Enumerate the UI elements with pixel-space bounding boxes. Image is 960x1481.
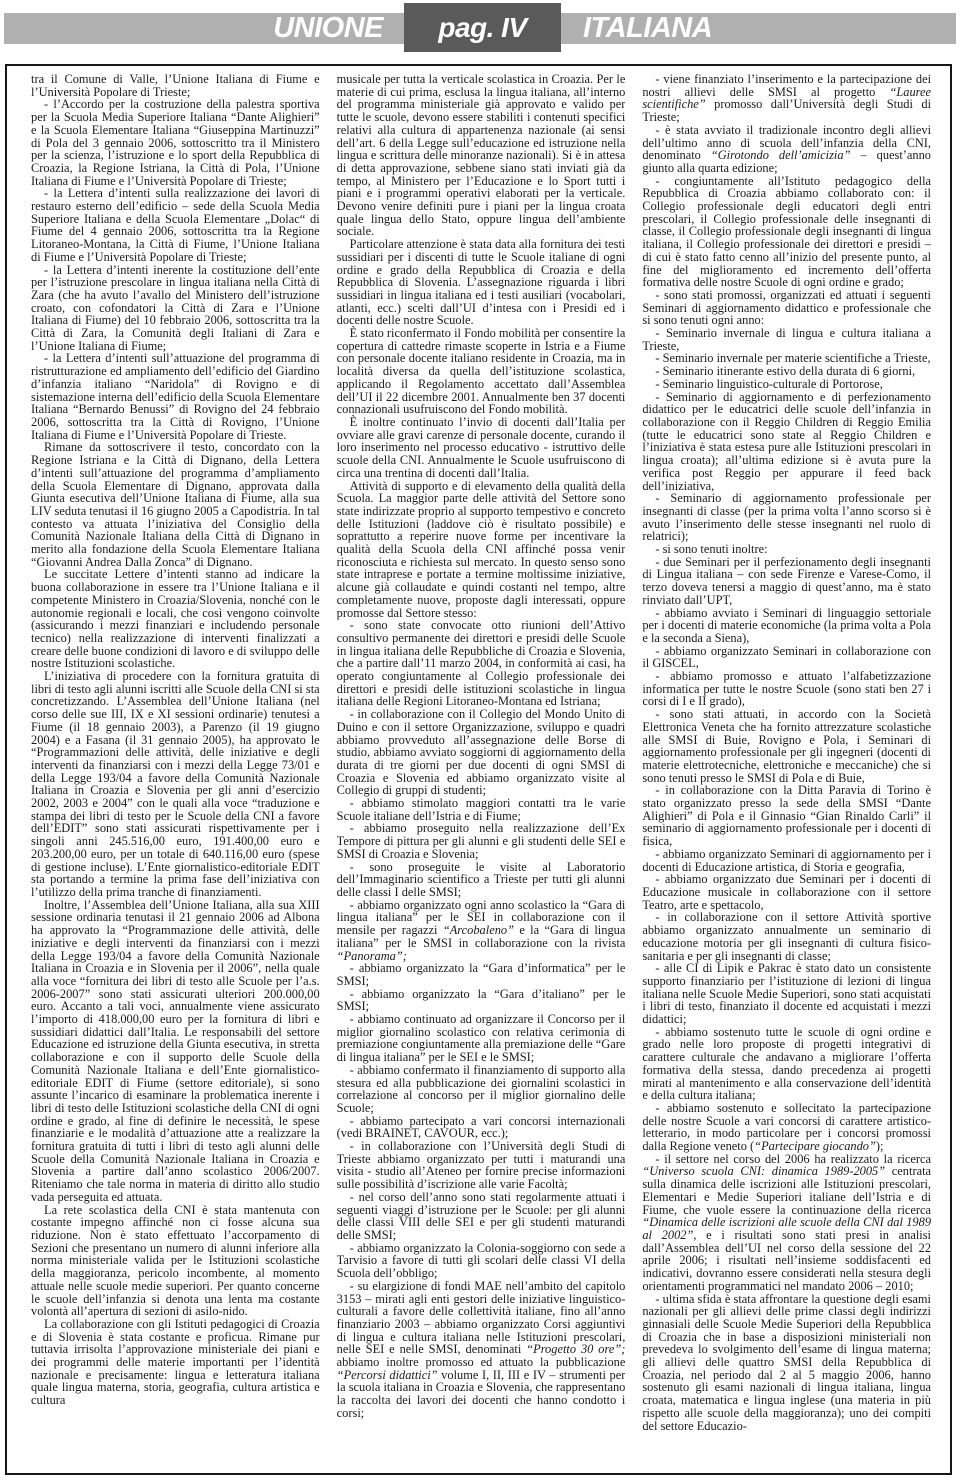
paragraph: - Seminario di aggiornamento e di perfez… [642, 391, 931, 493]
paragraph: - abbiamo organizzato la “Gara d’italian… [337, 988, 626, 1013]
paragraph: tra il Comune di Valle, l’Unione Italian… [31, 73, 320, 98]
paragraph: - il settore nel corso del 2006 ha reali… [642, 1153, 931, 1293]
paragraph: - in collaborazione con l’Università deg… [337, 1140, 626, 1191]
columns-container: tra il Comune di Valle, l’Unione Italian… [31, 73, 931, 1467]
paragraph: - abbiamo organizzato due Seminari per i… [642, 873, 931, 911]
paragraph: È inoltre continuato l’invio di docenti … [337, 416, 626, 480]
masthead-title-left: UNIONE [273, 11, 383, 45]
paragraph: - su elargizione di fondi MAE nell’ambit… [337, 1280, 626, 1420]
paragraph: - abbiamo sostenuto tutte le scuole di o… [642, 1026, 931, 1102]
paragraph: - abbiamo proseguito nella realizzazione… [337, 822, 626, 860]
paragraph: - sono stati promossi, organizzati ed at… [642, 289, 931, 327]
paragraph: Le succitate Lettere d’intenti stanno ad… [31, 568, 320, 670]
paragraph: - abbiamo organizzato la “Gara d’informa… [337, 962, 626, 987]
paragraph: - abbiamo confermato il finanziamento di… [337, 1064, 626, 1115]
paragraph: - abbiamo stimolato maggiori contatti tr… [337, 797, 626, 822]
paragraph: - la Lettera d’intenti sull’attuazione d… [31, 352, 320, 441]
paragraph: - abbiamo sostenuto e sollecitato la par… [642, 1102, 931, 1153]
paragraph: - abbiamo avviato i Seminari di linguagg… [642, 607, 931, 645]
paragraph: Inoltre, l’Assemblea dell’Unione Italian… [31, 899, 320, 1204]
paragraph: Attività di supporto e di elevamento del… [337, 480, 626, 620]
paragraph: - abbiamo organizzato ogni anno scolasti… [337, 899, 626, 963]
paragraph: Particolare attenzione è stata data alla… [337, 238, 626, 327]
paragraph: - sono proseguite le visite al Laborator… [337, 861, 626, 899]
column-3: - viene finanziato l’inserimento e la pa… [642, 73, 931, 1467]
paragraph: musicale per tutta la verticale scolasti… [337, 73, 626, 238]
masthead-title-right: ITALIANA [583, 11, 712, 45]
paragraph: - è stata avviato il tradizionale incont… [642, 124, 931, 175]
paragraph: - sono state convocate otto riunioni del… [337, 619, 626, 708]
paragraph: - la Lettera d’intenti inerente la costi… [31, 264, 320, 353]
paragraph: - sono stati attuati, in accordo con la … [642, 708, 931, 784]
paragraph: - nel corso dell’anno sono stati regolar… [337, 1191, 626, 1242]
paragraph: - abbiamo organizzato Seminari in collab… [642, 645, 931, 670]
paragraph: - in collaborazione con il Collegio del … [337, 708, 626, 797]
paragraph: - viene finanziato l’inserimento e la pa… [642, 73, 931, 124]
paragraph: - la Lettera d’intenti sulla realizzazio… [31, 187, 320, 263]
paragraph: - ultima sfida è stata affrontare la que… [642, 1293, 931, 1433]
paragraph: La collaborazione con gli Istituti pedag… [31, 1318, 320, 1407]
page-number-box: pag. IV [404, 3, 561, 52]
paragraph: - due Seminari per il perfezionamento de… [642, 556, 931, 607]
paragraph: La rete scolastica della CNI è stata man… [31, 1204, 320, 1318]
paragraph: - congiuntamente all’Istituto pedagogico… [642, 175, 931, 289]
paragraph: - abbiamo partecipato a vari concorsi in… [337, 1115, 626, 1140]
paragraph: È stato riconfermato il Fondo mobilità p… [337, 327, 626, 416]
article-frame: tra il Comune di Valle, l’Unione Italian… [5, 64, 952, 1475]
column-1: tra il Comune di Valle, l’Unione Italian… [31, 73, 320, 1467]
column-2: musicale per tutta la verticale scolasti… [337, 73, 626, 1467]
paragraph: - abbiamo organizzato Seminari di aggior… [642, 848, 931, 873]
paragraph: - abbiamo continuato ad organizzare il C… [337, 1013, 626, 1064]
paragraph: - alle CI di Lipik e Pakrac è stato dato… [642, 962, 931, 1026]
masthead: UNIONE pag. IV ITALIANA [0, 0, 960, 60]
paragraph: - Seminario di aggiornamento professiona… [642, 492, 931, 543]
paragraph: L’iniziativa di procedere con la fornitu… [31, 670, 320, 899]
page-number-label: pag. IV [438, 12, 526, 44]
paragraph: - l’Accordo per la costruzione della pal… [31, 98, 320, 187]
paragraph: - in collaborazione con il settore Attiv… [642, 911, 931, 962]
paragraph: - Seminario invernale di lingua e cultur… [642, 327, 931, 352]
newspaper-page: { "header": { "left_label": "UNIONE", "p… [0, 0, 960, 1481]
paragraph: - abbiamo promosso e attuato l’alfabetiz… [642, 670, 931, 708]
paragraph: - abbiamo organizzato la Colonia-soggior… [337, 1242, 626, 1280]
paragraph: - in collaborazione con la Ditta Paravia… [642, 784, 931, 848]
paragraph: Rimane da sottoscrivere il testo, concor… [31, 441, 320, 568]
